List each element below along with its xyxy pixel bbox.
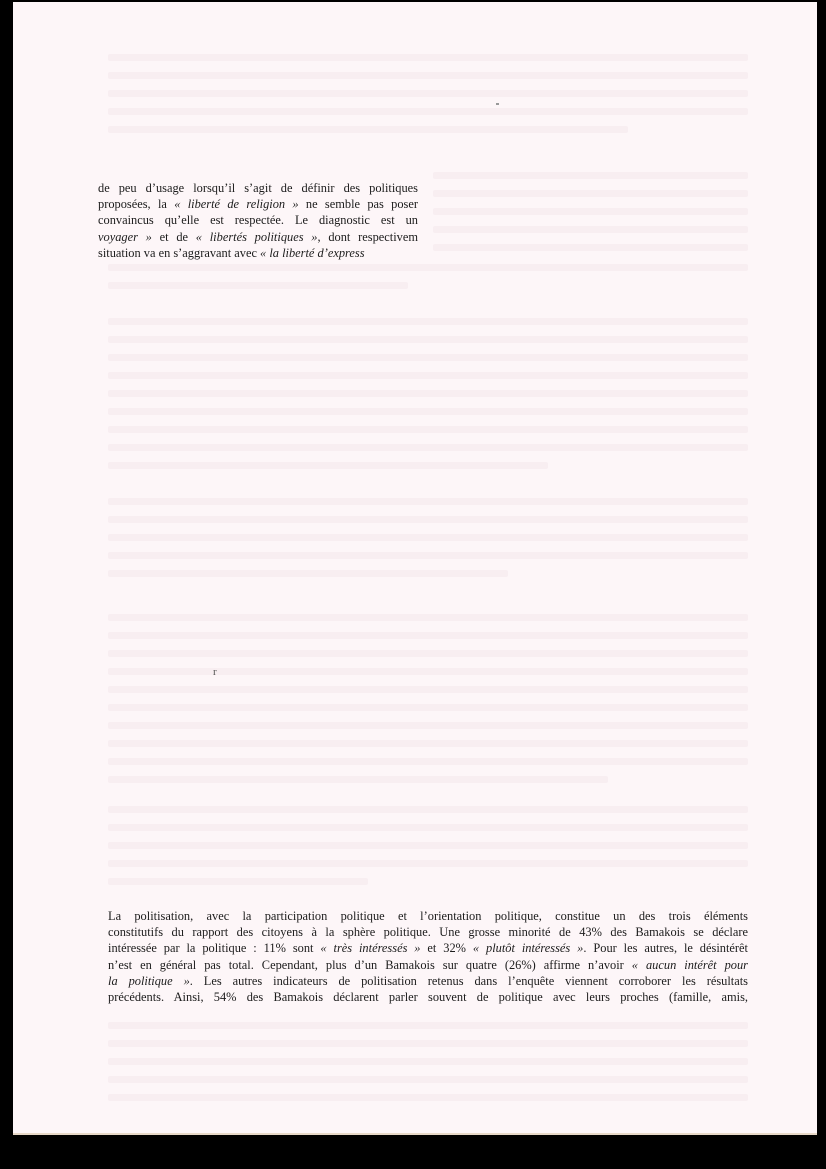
bleed-through-line	[433, 244, 748, 251]
bleed-through-line	[108, 860, 748, 867]
bleed-through-line	[108, 462, 548, 469]
bleed-through-line	[433, 190, 748, 197]
fragment-line: situation va en s’aggravant avec « la li…	[98, 245, 418, 261]
bleed-through-line	[108, 1076, 748, 1083]
text-run: constitutifs du rapport des citoyens à l…	[108, 925, 748, 939]
bleed-through-line	[108, 126, 628, 133]
paragraph-line: constitutifs du rapport des citoyens à l…	[108, 924, 748, 940]
fragment-line: de peu d’usage lorsqu’il s’agit de défin…	[98, 180, 418, 196]
fragment-line: voyager » et de « libertés politiques »,…	[98, 229, 418, 245]
italic-quote: voyager »	[98, 230, 152, 244]
bleed-through-line	[108, 806, 748, 813]
bleed-through-line	[108, 842, 748, 849]
bleed-through-line	[108, 282, 408, 289]
bleed-through-line	[108, 1022, 748, 1029]
bleed-through-line	[108, 740, 748, 747]
text-run: intéressée par la politique : 11% sont	[108, 941, 320, 955]
paragraph-line: intéressée par la politique : 11% sont «…	[108, 940, 748, 956]
bleed-through-line	[108, 878, 368, 885]
italic-quote: « la liberté d’express	[260, 246, 365, 260]
text-run: ne semble pas poser	[299, 197, 418, 211]
bleed-through-line	[108, 570, 508, 577]
bleed-through-line	[108, 1040, 748, 1047]
bleed-through-line	[108, 516, 748, 523]
bleed-through-line	[108, 824, 748, 831]
bleed-through-line	[108, 408, 748, 415]
bleed-through-line	[108, 758, 748, 765]
italic-quote: « libertés politiques »	[196, 230, 318, 244]
text-run: n’est en général pas total. Cependant, p…	[108, 958, 632, 972]
bleed-through-line	[108, 722, 748, 729]
main-paragraph: La politisation, avec la participation p…	[108, 908, 748, 1005]
bleed-through-line	[108, 534, 748, 541]
bleed-through-line	[108, 264, 748, 271]
bleed-through-line	[108, 426, 748, 433]
stray-mark: r	[213, 666, 217, 678]
bleed-through-line	[108, 1058, 748, 1065]
bleed-through-line	[108, 372, 748, 379]
bleed-through-line	[108, 552, 748, 559]
bleed-through-line	[108, 632, 748, 639]
text-run: précédents. Ainsi, 54% des Bamakois décl…	[108, 990, 748, 1004]
bleed-through-line	[433, 172, 748, 179]
bleed-through-line	[108, 776, 608, 783]
bleed-through-line	[108, 54, 748, 61]
text-run: . Les autres indicateurs de politisation…	[190, 974, 748, 988]
bleed-through-line	[108, 354, 748, 361]
bleed-through-line	[108, 498, 748, 505]
fragment-line: proposées, la « liberté de religion » ne…	[98, 196, 418, 212]
fragment-paragraph: de peu d’usage lorsqu’il s’agit de défin…	[98, 180, 418, 261]
paragraph-line: la politique ». Les autres indicateurs d…	[108, 973, 748, 989]
text-run: , dont respectivem	[317, 230, 418, 244]
scanned-page: de peu d’usage lorsqu’il s’agit de défin…	[13, 2, 817, 1135]
italic-quote: « aucun intérêt pour	[632, 958, 748, 972]
text-run: de peu d’usage lorsqu’il s’agit de défin…	[98, 181, 418, 195]
bleed-through-line	[108, 614, 748, 621]
bleed-through-line	[433, 208, 748, 215]
bleed-through-line	[433, 226, 748, 233]
bleed-through-line	[108, 108, 748, 115]
italic-quote: « liberté de religion »	[174, 197, 298, 211]
bleed-through-line	[108, 336, 748, 343]
paragraph-line: n’est en général pas total. Cependant, p…	[108, 957, 748, 973]
text-run: La politisation, avec la participation p…	[108, 909, 748, 923]
bleed-through-line	[108, 72, 748, 79]
bleed-through-line	[108, 668, 748, 675]
scan-dust-speck	[496, 103, 499, 105]
bleed-through-line	[108, 318, 748, 325]
text-run: et 32%	[421, 941, 473, 955]
paragraph-line: précédents. Ainsi, 54% des Bamakois décl…	[108, 989, 748, 1005]
italic-quote: « plutôt intéressés »	[473, 941, 583, 955]
bleed-through-line	[108, 650, 748, 657]
bleed-through-line	[108, 1094, 748, 1101]
bleed-through-line	[108, 686, 748, 693]
text-run: et de	[152, 230, 196, 244]
bleed-through-line	[108, 704, 748, 711]
italic-quote: la politique »	[108, 974, 190, 988]
paragraph-line: La politisation, avec la participation p…	[108, 908, 748, 924]
text-run: proposées, la	[98, 197, 174, 211]
bleed-through-line	[108, 390, 748, 397]
text-run: convaincus qu’elle est respectée. Le dia…	[98, 213, 418, 227]
bleed-through-line	[108, 444, 748, 451]
bleed-through-line	[108, 90, 748, 97]
italic-quote: « très intéressés »	[320, 941, 420, 955]
fragment-line: convaincus qu’elle est respectée. Le dia…	[98, 212, 418, 228]
text-run: situation va en s’aggravant avec	[98, 246, 260, 260]
text-run: . Pour les autres, le désintérêt	[583, 941, 748, 955]
